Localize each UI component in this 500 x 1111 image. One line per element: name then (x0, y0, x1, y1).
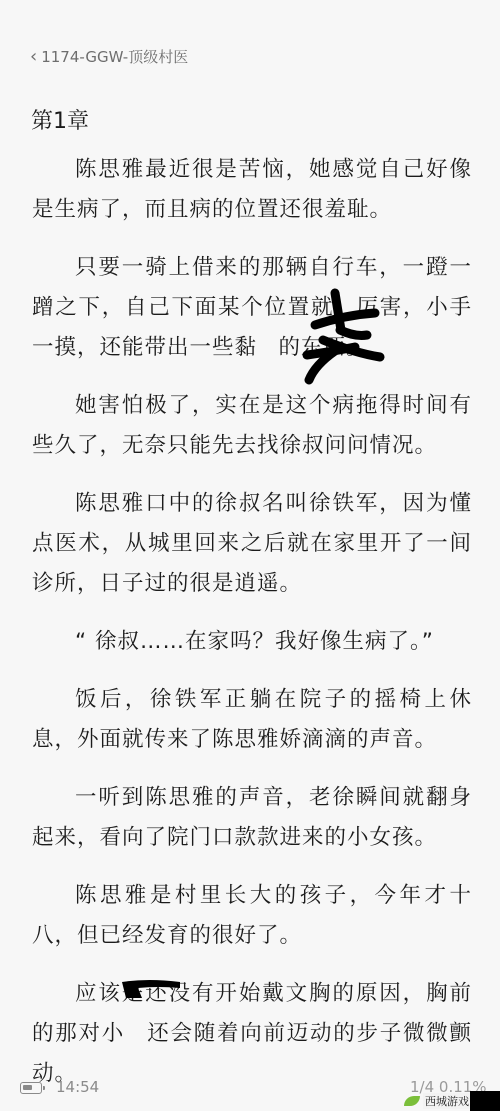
clock-time: 14:54 (56, 1078, 99, 1096)
paragraph: 她害怕极了，实在是这个病拖得时间有些久了，无奈只能先去找徐叔问问情况。 (32, 386, 472, 466)
chapter-content: 陈思雅最近很是苦恼，她感觉自己好像是生病了，而且病的位置还很羞耻。只要一骑上借来… (32, 150, 472, 1111)
redacted-text (257, 337, 279, 354)
paragraph: 陈思雅最近很是苦恼，她感觉自己好像是生病了，而且病的位置还很羞耻。 (32, 150, 472, 230)
paragraph-text: 的东西。 (279, 335, 369, 360)
paragraph-text: 饭后，徐铁军正躺在院子的摇椅上休息，外面就传来了陈思雅娇滴滴的声音。 (32, 687, 472, 752)
reader-header[interactable]: ‹ 1174-GGW-顶级村医 (30, 46, 188, 67)
chevron-left-icon[interactable]: ‹ (30, 48, 37, 66)
battery-icon (20, 1082, 42, 1094)
paragraph: 饭后，徐铁军正躺在院子的摇椅上休息，外面就传来了陈思雅娇滴滴的声音。 (32, 680, 472, 760)
paragraph: 一听到陈思雅的声音，老徐瞬间就翻身起来，看向了院门口款款进来的小女孩。 (32, 778, 472, 858)
book-title: 1174-GGW-顶级村医 (41, 46, 188, 67)
redacted-text (125, 1023, 147, 1040)
paragraph-text: 她害怕极了，实在是这个病拖得时间有些久了，无奈只能先去找徐叔问问情况。 (32, 393, 472, 458)
paragraph: “ 徐叔……在家吗？我好像生病了。” (32, 622, 472, 662)
paragraph-text: 陈思雅口中的徐叔名叫徐铁军，因为懂点医术，从城里回来之后就在家里开了一间诊所，日… (32, 491, 472, 596)
paragraph: 陈思雅是村里长大的孩子，今年才十八，但已经发育的很好了。 (32, 876, 472, 956)
paragraph-text: 陈思雅最近很是苦恼，她感觉自己好像是生病了，而且病的位置还很羞耻。 (32, 157, 472, 222)
chapter-title: 第1章 (31, 104, 89, 135)
paragraph: 只要一骑上借来的那辆自行车，一蹬一蹭之下，自己下面某个位置就厉害，小手一摸，还能… (32, 248, 472, 368)
paragraph-text: 一听到陈思雅的声音，老徐瞬间就翻身起来，看向了院门口款款进来的小女孩。 (32, 785, 472, 850)
redacted-text (334, 297, 356, 314)
leaf-logo-icon (404, 1096, 420, 1106)
watermark-block (470, 1091, 500, 1111)
paragraph-text: “ 徐叔……在家吗？我好像生病了。” (75, 629, 434, 654)
paragraph-text: 陈思雅是村里长大的孩子，今年才十八，但已经发育的很好了。 (32, 883, 472, 948)
paragraph: 陈思雅口中的徐叔名叫徐铁军，因为懂点医术，从城里回来之后就在家里开了一间诊所，日… (32, 484, 472, 604)
site-watermark: 西城游戏网 (400, 1091, 500, 1111)
